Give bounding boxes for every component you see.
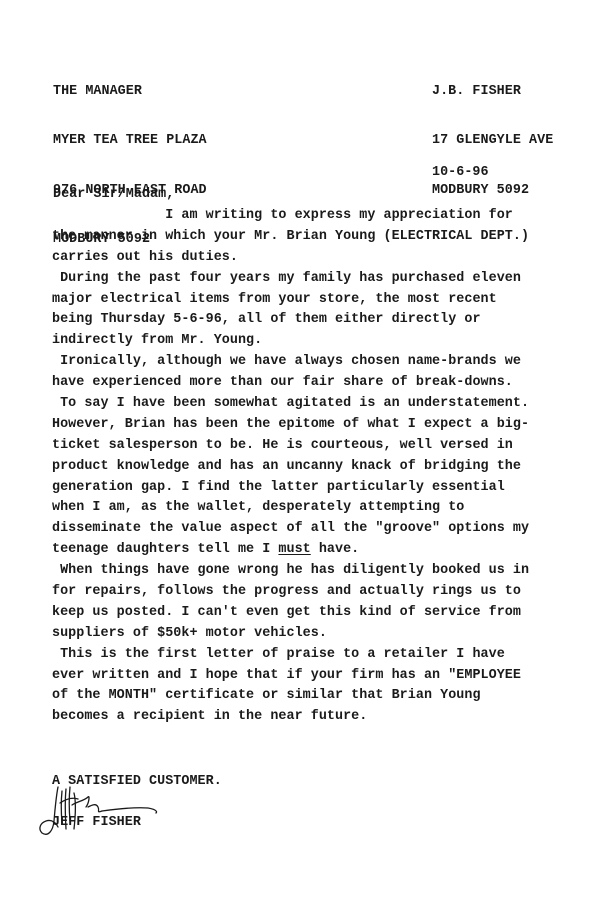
body-text: teenage daughters tell me I <box>52 542 278 557</box>
body-line: teenage daughters tell me I must have. <box>52 542 529 563</box>
body-line: keep us posted. I can't even get this ki… <box>52 605 529 626</box>
letter-body: I am writing to express my appreciation … <box>52 208 529 730</box>
recipient-line: THE MANAGER <box>53 85 207 108</box>
body-line: Ironically, although we have always chos… <box>52 354 529 375</box>
body-line: have experienced more than our fair shar… <box>52 375 529 396</box>
body-line: becomes a recipient in the near future. <box>52 709 529 730</box>
body-line: when I am, as the wallet, desperately at… <box>52 500 529 521</box>
body-line: for repairs, follows the progress and ac… <box>52 584 529 605</box>
sender-line: MODBURY 5092 <box>432 184 553 207</box>
sender-line: 17 GLENGYLE AVE <box>432 134 553 157</box>
sender-address: J.B. FISHER 17 GLENGYLE AVE MODBURY 5092 <box>432 58 553 220</box>
body-line: generation gap. I find the latter partic… <box>52 480 529 501</box>
body-line: of the MONTH" certificate or similar tha… <box>52 688 529 709</box>
body-line: disseminate the value aspect of all the … <box>52 521 529 542</box>
body-line: being Thursday 5-6-96, all of them eithe… <box>52 312 529 333</box>
signed-name: JEFF FISHER <box>52 815 141 830</box>
salutation: Dear Sir/Madam, <box>53 187 174 202</box>
body-line: ever written and I hope that if your fir… <box>52 668 529 689</box>
body-line: To say I have been somewhat agitated is … <box>52 396 529 417</box>
body-line: the manner in which your Mr. Brian Young… <box>52 229 529 250</box>
recipient-line: MYER TEA TREE PLAZA <box>53 134 207 157</box>
body-line: major electrical items from your store, … <box>52 292 529 313</box>
body-line: This is the first letter of praise to a … <box>52 647 529 668</box>
body-line: I am writing to express my appreciation … <box>52 208 529 229</box>
body-line: However, Brian has been the epitome of w… <box>52 417 529 438</box>
letter-date: 10-6-96 <box>432 165 489 180</box>
body-text: have. <box>311 542 360 557</box>
body-line: During the past four years my family has… <box>52 271 529 292</box>
body-line: carries out his duties. <box>52 250 529 271</box>
signature-icon <box>36 783 166 843</box>
emphasis-underlined: must <box>278 542 310 557</box>
body-line: indirectly from Mr. Young. <box>52 333 529 354</box>
body-line: When things have gone wrong he has dilig… <box>52 563 529 584</box>
body-line: product knowledge and has an uncanny kna… <box>52 459 529 480</box>
body-line: suppliers of $50k+ motor vehicles. <box>52 626 529 647</box>
sender-line: J.B. FISHER <box>432 85 553 108</box>
body-line: ticket salesperson to be. He is courteou… <box>52 438 529 459</box>
